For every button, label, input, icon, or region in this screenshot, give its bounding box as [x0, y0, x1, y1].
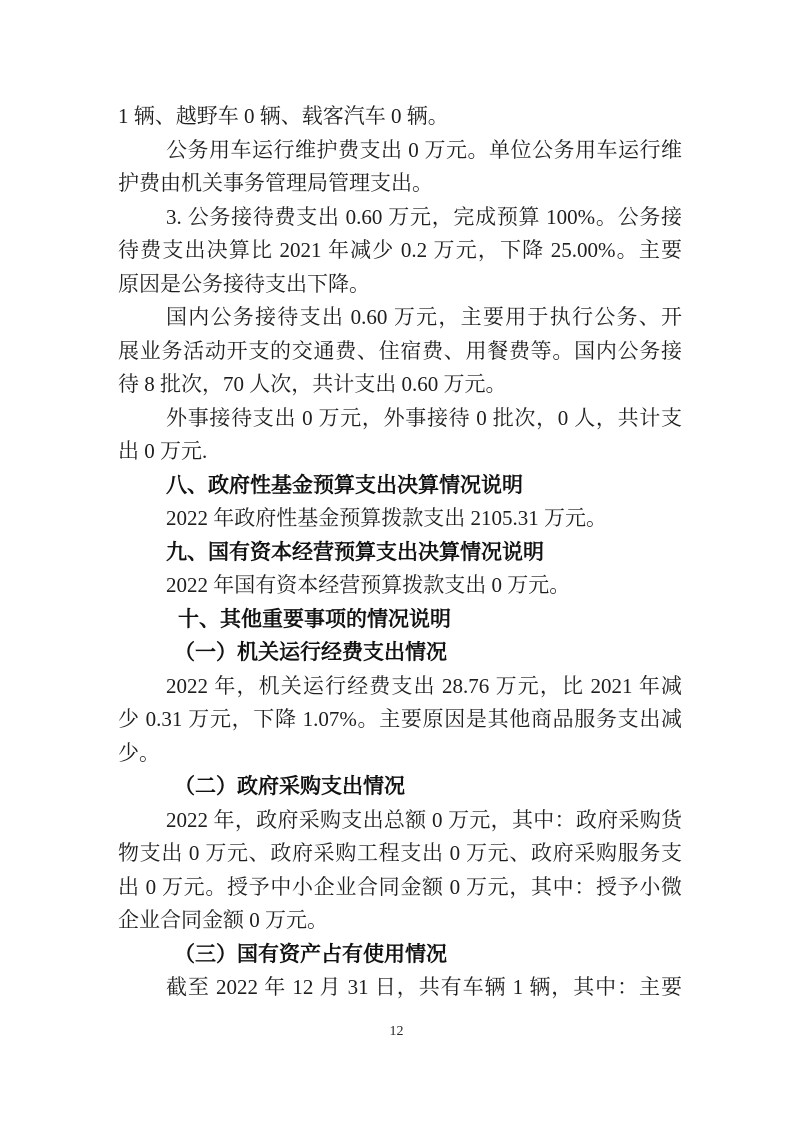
paragraph-line: 2022 年，政府采购支出总额 0 万元，其中：政府采购货 [118, 804, 682, 838]
section-heading: 八、政府性基金预算支出决算情况说明 [118, 469, 682, 503]
paragraph-line: 少。 [118, 737, 682, 771]
paragraph-line: 3. 公务接待费支出 0.60 万元，完成预算 100%。公务接 [118, 201, 682, 235]
paragraph-line: 少 0.31 万元，下降 1.07%。主要原因是其他商品服务支出减 [118, 703, 682, 737]
paragraph-line: 物支出 0 万元、政府采购工程支出 0 万元、政府采购服务支 [118, 837, 682, 871]
paragraph-line: 原因是公务接待支出下降。 [118, 268, 682, 302]
paragraph-line: 展业务活动开支的交通费、住宿费、用餐费等。国内公务接 [118, 335, 682, 369]
paragraph-line: 截至 2022 年 12 月 31 日，共有车辆 1 辆，其中：主要 [118, 971, 682, 1005]
section-heading: （二）政府采购支出情况 [118, 770, 682, 804]
paragraph-line: 护费由机关事务管理局管理支出。 [118, 167, 682, 201]
paragraph-line: 国内公务接待支出 0.60 万元，主要用于执行公务、开 [118, 301, 682, 335]
paragraph-line: 2022 年政府性基金预算拨款支出 2105.31 万元。 [118, 502, 682, 536]
paragraph-line: 待 8 批次，70 人次，共计支出 0.60 万元。 [118, 368, 682, 402]
section-heading: 十、其他重要事项的情况说明 [118, 603, 682, 637]
paragraph-line: 出 0 万元。授予中小企业合同金额 0 万元，其中：授予小微 [118, 871, 682, 905]
page-number: 12 [0, 1022, 793, 1042]
paragraph-line: 公务用车运行维护费支出 0 万元。单位公务用车运行维 [118, 134, 682, 168]
paragraph-line: 外事接待支出 0 万元，外事接待 0 批次，0 人，共计支 [118, 402, 682, 436]
document-body: 1 辆、越野车 0 辆、载客汽车 0 辆。公务用车运行维护费支出 0 万元。单位… [118, 100, 682, 1005]
document-page: 1 辆、越野车 0 辆、载客汽车 0 辆。公务用车运行维护费支出 0 万元。单位… [0, 0, 793, 1122]
paragraph-line: 1 辆、越野车 0 辆、载客汽车 0 辆。 [118, 100, 682, 134]
paragraph-line: 企业合同金额 0 万元。 [118, 904, 682, 938]
section-heading: （一）机关运行经费支出情况 [118, 636, 682, 670]
paragraph-line: 2022 年，机关运行经费支出 28.76 万元，比 2021 年减 [118, 670, 682, 704]
section-heading: （三）国有资产占有使用情况 [118, 938, 682, 972]
paragraph-line: 待费支出决算比 2021 年减少 0.2 万元，下降 25.00%。主要 [118, 234, 682, 268]
paragraph-line: 2022 年国有资本经营预算拨款支出 0 万元。 [118, 569, 682, 603]
section-heading: 九、国有资本经营预算支出决算情况说明 [118, 536, 682, 570]
paragraph-line: 出 0 万元. [118, 435, 682, 469]
